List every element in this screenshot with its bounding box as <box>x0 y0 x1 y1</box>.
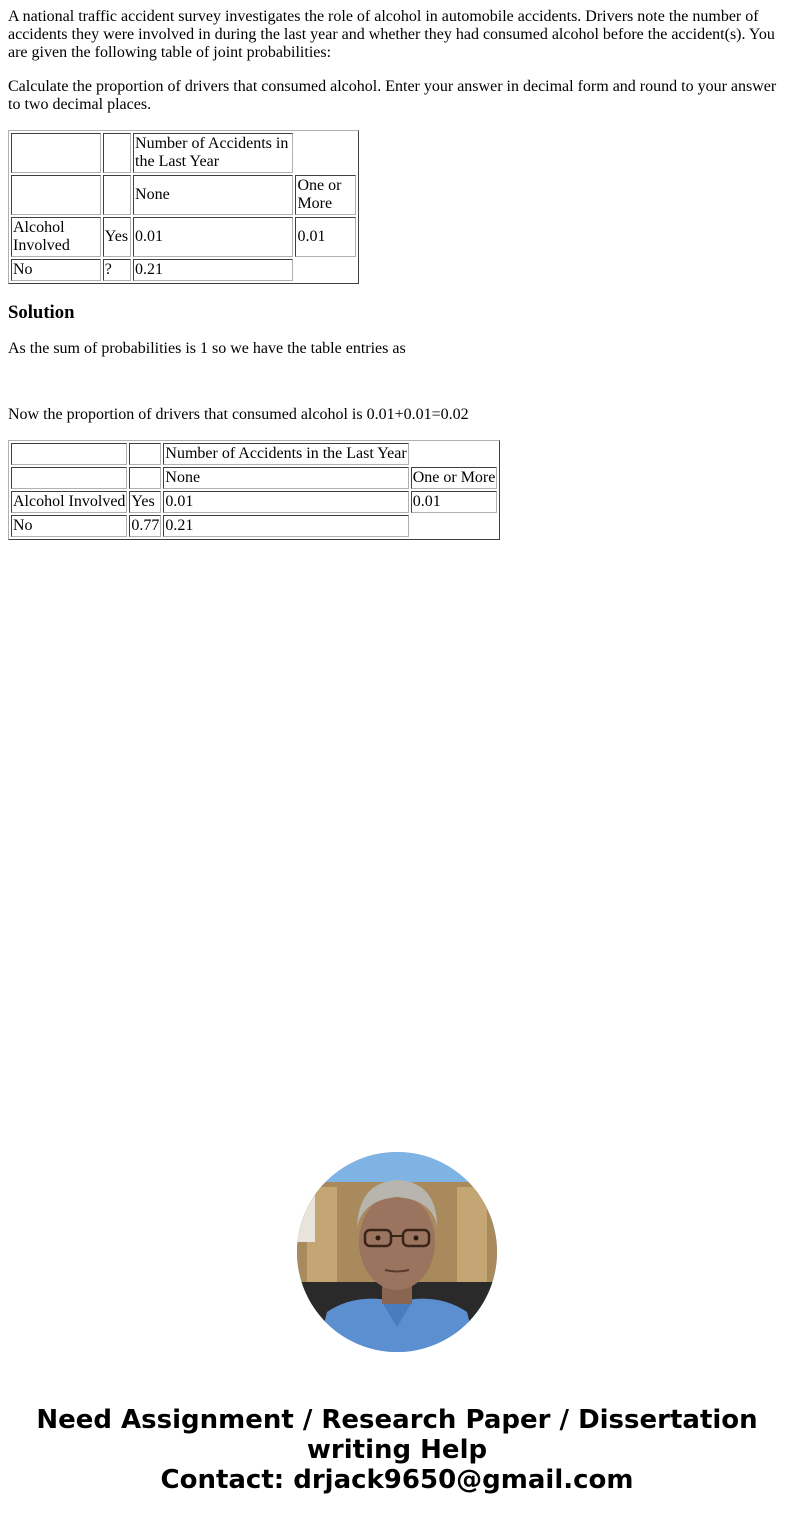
col-header-none: None <box>163 467 408 489</box>
person-portrait-icon <box>297 1152 497 1352</box>
solved-probability-table: Number of Accidents in the Last Year Non… <box>8 440 500 540</box>
given-probability-table: Number of Accidents in the Last Year Non… <box>8 130 359 284</box>
cell-no-value: 0.77 <box>129 515 161 537</box>
cell-no-unknown: ? <box>103 259 131 281</box>
col-header-one-or-more: One or More <box>295 175 356 215</box>
cell-yes-none: 0.01 <box>163 491 408 513</box>
header-group-cell: Number of Accidents in the Last Year <box>133 133 293 173</box>
cell-yes-one-or-more: 0.01 <box>295 217 356 257</box>
table-row: Alcohol Involved Yes 0.01 0.01 <box>11 491 497 513</box>
solution-heading: Solution <box>8 302 786 324</box>
cell-yes-one-or-more: 0.01 <box>411 491 498 513</box>
cell-no-none: 0.21 <box>163 515 408 537</box>
promo-text: Need Assignment / Research Paper / Disse… <box>0 1405 794 1495</box>
promo-line-1: Need Assignment / Research Paper / Disse… <box>20 1405 774 1465</box>
cell-no-none: 0.21 <box>133 259 293 281</box>
empty-cell <box>11 133 101 173</box>
row-label-alcohol: Alcohol Involved <box>11 217 101 257</box>
row-no-label: No <box>11 515 127 537</box>
promo-contact: Contact: drjack9650@gmail.com <box>20 1465 774 1495</box>
question-prompt: Calculate the proportion of drivers that… <box>8 78 786 114</box>
document-content: A national traffic accident survey inves… <box>0 0 794 540</box>
table-row: None One or More <box>11 175 356 215</box>
avatar <box>297 1152 497 1352</box>
cell-yes-none: 0.01 <box>133 217 293 257</box>
col-header-one-or-more: One or More <box>411 467 498 489</box>
table-row: Number of Accidents in the Last Year <box>11 133 356 173</box>
empty-cell <box>129 443 161 465</box>
empty-cell <box>295 259 356 281</box>
col-header-none: None <box>133 175 293 215</box>
empty-cell <box>11 175 101 215</box>
empty-cell <box>103 133 131 173</box>
table-row: No 0.77 0.21 <box>11 515 497 537</box>
header-group-cell: Number of Accidents in the Last Year <box>163 443 408 465</box>
empty-cell <box>129 467 161 489</box>
empty-cell <box>295 133 356 173</box>
row-yes-label: Yes <box>103 217 131 257</box>
solution-line-1: As the sum of probabilities is 1 so we h… <box>8 340 786 358</box>
table-row: None One or More <box>11 467 497 489</box>
spacer <box>8 374 786 406</box>
empty-cell <box>411 443 498 465</box>
question-intro: A national traffic accident survey inves… <box>8 8 786 62</box>
empty-cell <box>11 443 127 465</box>
promo-section: Need Assignment / Research Paper / Disse… <box>0 1152 794 1495</box>
table-row: Number of Accidents in the Last Year <box>11 443 497 465</box>
row-no-label: No <box>11 259 101 281</box>
empty-cell <box>103 175 131 215</box>
solution-line-2: Now the proportion of drivers that consu… <box>8 406 786 424</box>
table-row: No ? 0.21 <box>11 259 356 281</box>
empty-cell <box>411 515 498 537</box>
empty-cell <box>11 467 127 489</box>
row-yes-label: Yes <box>129 491 161 513</box>
table-row: Alcohol Involved Yes 0.01 0.01 <box>11 217 356 257</box>
row-label-alcohol: Alcohol Involved <box>11 491 127 513</box>
